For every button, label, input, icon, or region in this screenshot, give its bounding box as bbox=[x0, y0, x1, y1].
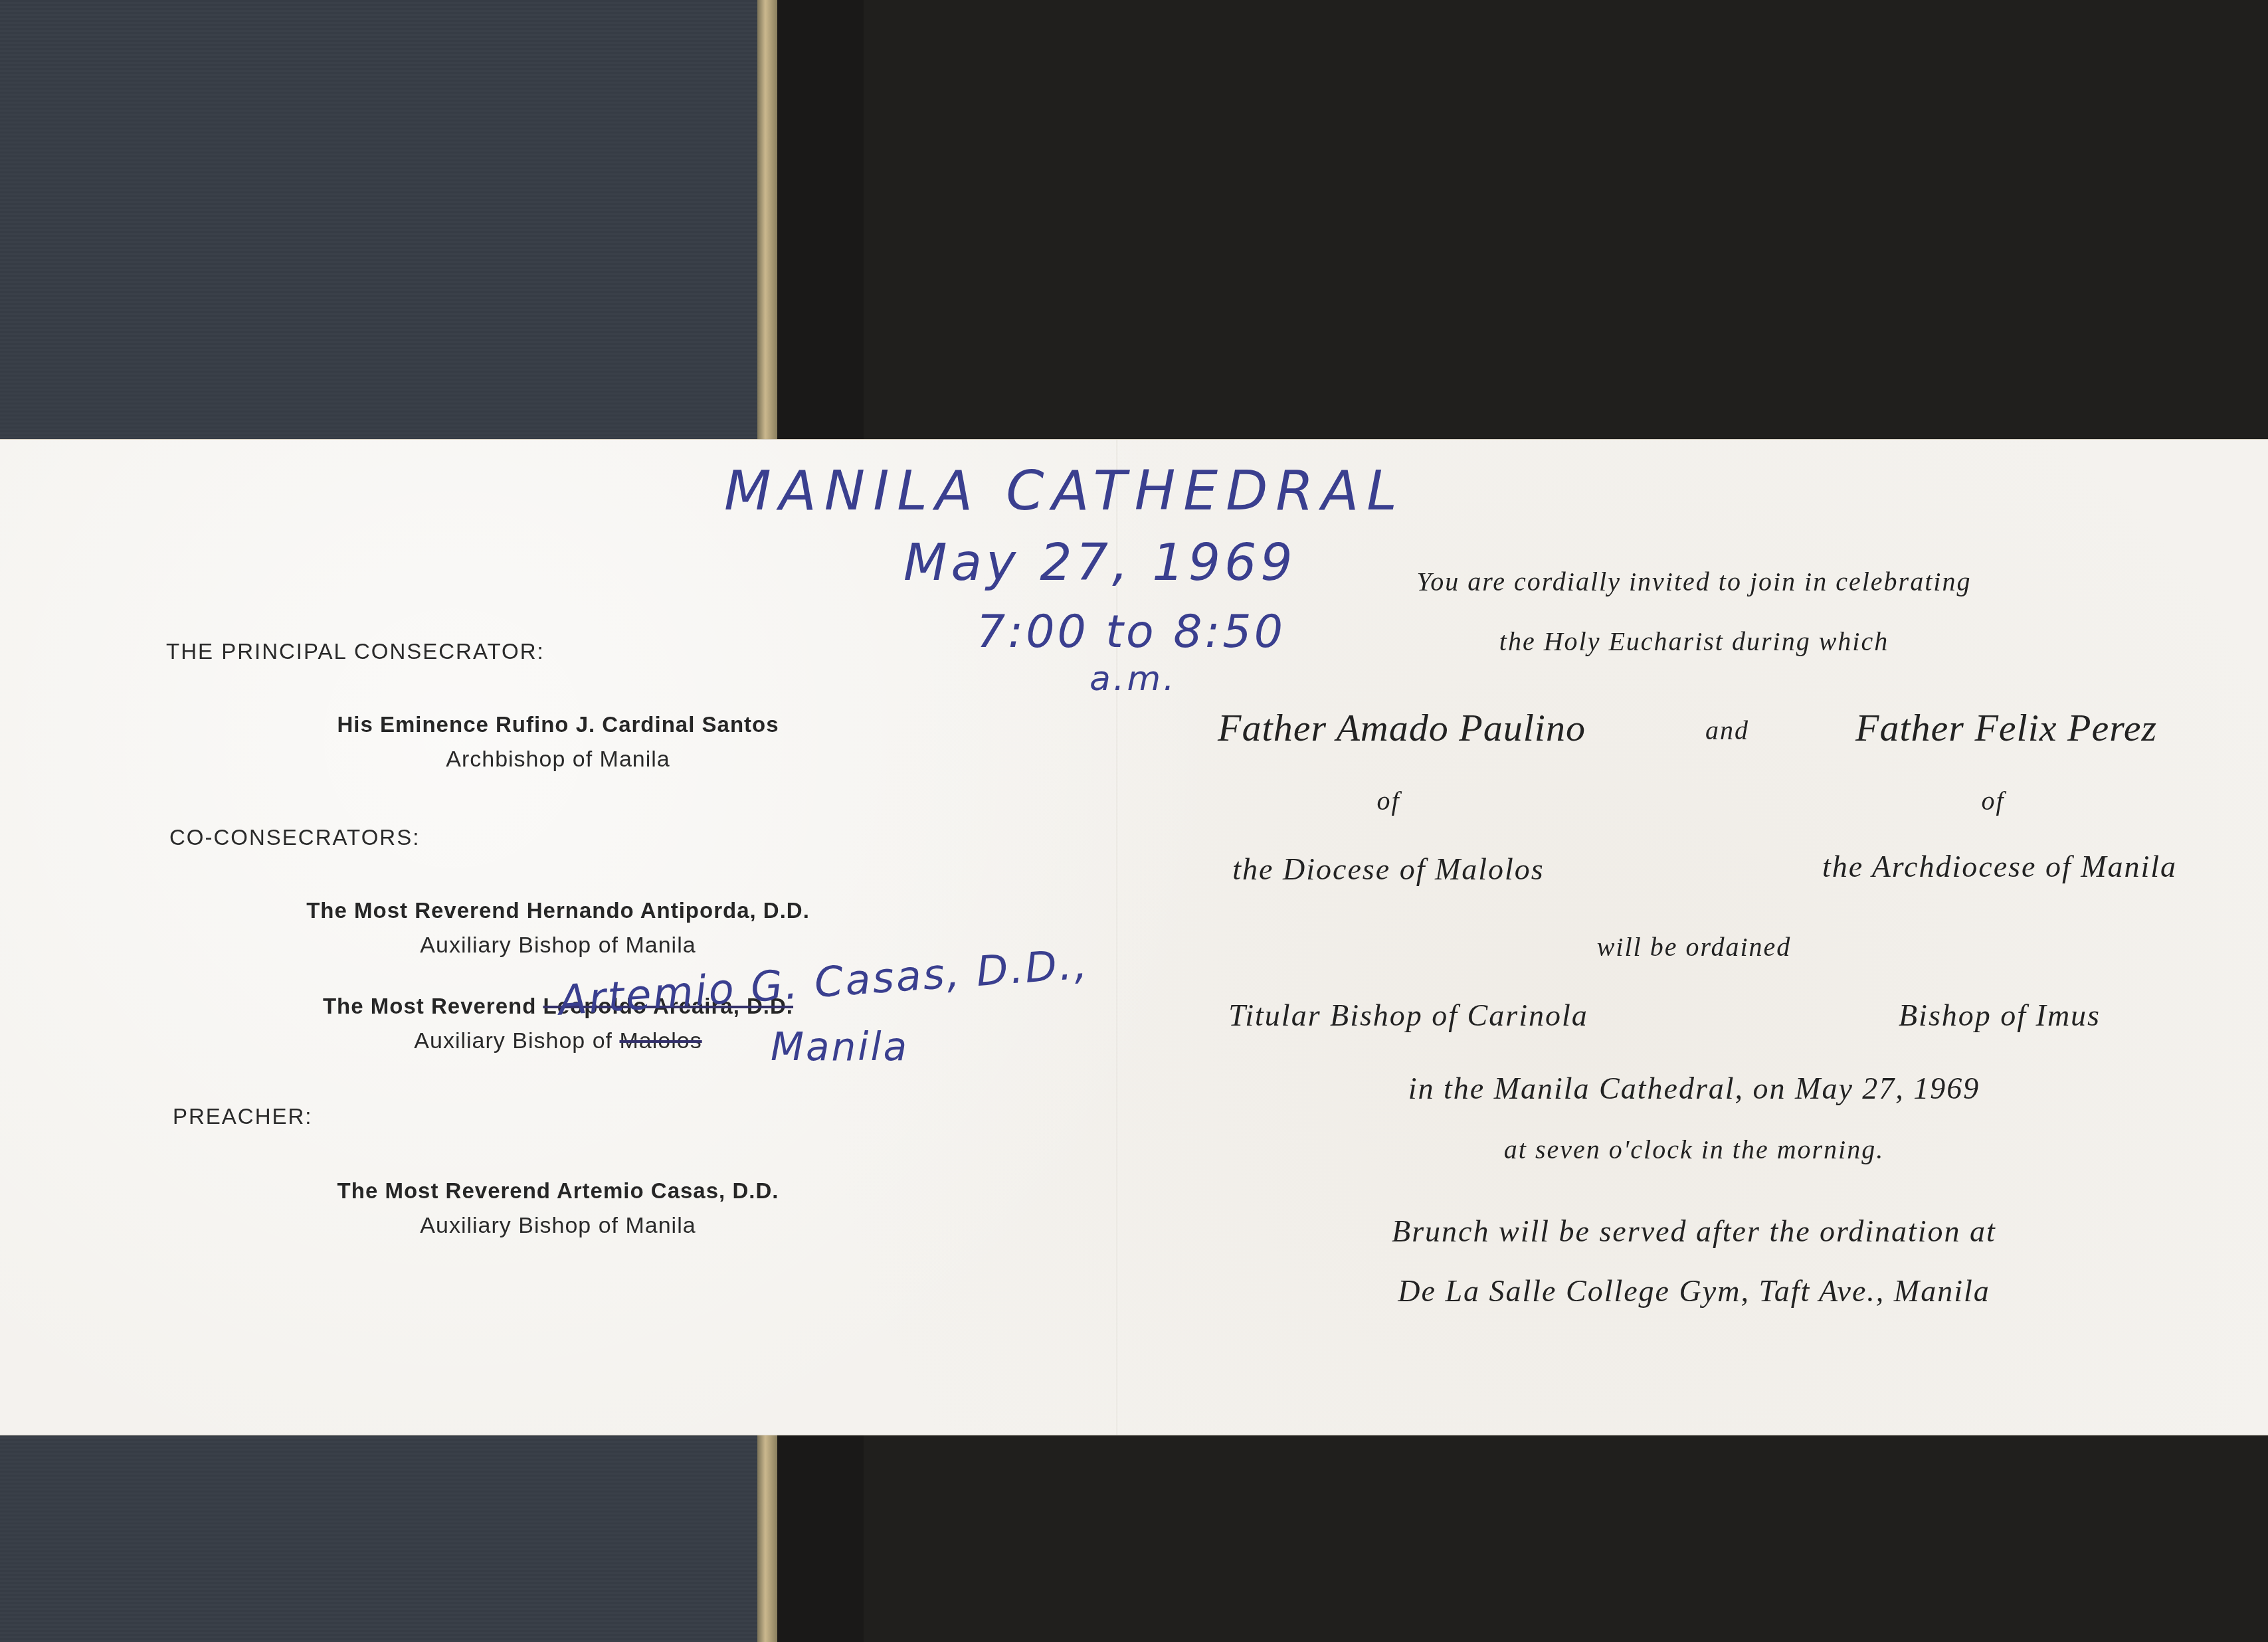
invitation-card: MANILA CATHEDRAL May 27, 1969 7:00 to 8:… bbox=[0, 440, 2268, 1435]
principal-consecrator-title: Archbishop of Manila bbox=[193, 747, 923, 773]
handwritten-date: May 27, 1969 bbox=[903, 533, 1297, 592]
ordinand-1-of: of bbox=[1322, 785, 1455, 816]
ceremony-time: at seven o'clock in the morning. bbox=[1262, 1134, 2126, 1165]
co-consecrator-1-title: Auxiliary Bishop of Manila bbox=[193, 933, 923, 958]
handwritten-ampm: a.m. bbox=[1089, 659, 1177, 699]
brunch-line: Brunch will be served after the ordinati… bbox=[1229, 1214, 2159, 1249]
ceremony-place-date: in the Manila Cathedral, on May 27, 1969 bbox=[1262, 1071, 2126, 1106]
ordinand-2-diocese: the Archdiocese of Manila bbox=[1767, 849, 2232, 884]
brunch-venue: De La Salle College Gym, Taft Ave., Mani… bbox=[1229, 1273, 2159, 1309]
co-consecrators-heading: CO-CONSECRATORS: bbox=[169, 825, 420, 850]
handwritten-venue: MANILA CATHEDRAL bbox=[724, 460, 1405, 523]
handwritten-time: 7:00 to 8:50 bbox=[977, 606, 1285, 658]
will-be-ordained: will be ordained bbox=[1462, 931, 1927, 962]
ordinand-2-of: of bbox=[1927, 785, 2059, 816]
ordinand-2-name: Father Felix Perez bbox=[1780, 705, 2232, 750]
ordinand-2-title: Bishop of Imus bbox=[1820, 998, 2179, 1033]
preacher-name: The Most Reverend Artemio Casas, D.D. bbox=[193, 1178, 923, 1204]
invitation-line-2: the Holy Eucharist during which bbox=[1262, 626, 2126, 657]
handwritten-correction-see: Manila bbox=[771, 1024, 909, 1069]
invitation-line-1: You are cordially invited to join in cel… bbox=[1262, 566, 2126, 597]
ordinand-1-diocese: the Diocese of Malolos bbox=[1182, 852, 1594, 887]
preacher-title: Auxiliary Bishop of Manila bbox=[193, 1213, 923, 1239]
principal-consecrator-heading: THE PRINCIPAL CONSECRATOR: bbox=[166, 639, 545, 664]
ordinand-1-title: Titular Bishop of Carinola bbox=[1169, 998, 1648, 1033]
struck-see: Malolos bbox=[619, 1028, 702, 1053]
principal-consecrator-name: His Eminence Rufino J. Cardinal Santos bbox=[193, 712, 923, 737]
preacher-heading: PREACHER: bbox=[173, 1104, 313, 1129]
co-consecrator-1-name: The Most Reverend Hernando Antiporda, D.… bbox=[193, 898, 923, 923]
conjunction-and: and bbox=[1674, 715, 1780, 746]
ordinand-1-name: Father Amado Paulino bbox=[1129, 705, 1674, 750]
